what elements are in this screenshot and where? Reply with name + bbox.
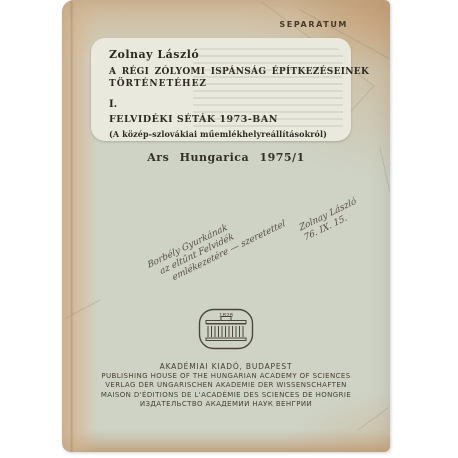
book-cover: SEPARATUM Zolnay László A RÉGI ZÓLYOMI I…	[62, 0, 390, 452]
imprint-block: AKADÉMIAI KIADÓ, BUDAPEST PUBLISHING HOU…	[62, 362, 390, 410]
title-label-panel: Zolnay László A RÉGI ZÓLYOMI ISPÁNSÁG ÉP…	[91, 38, 351, 141]
imprint-line: VERLAG DER UNGARISCHEN AKADEMIE DER WISS…	[62, 381, 390, 391]
separatum-stamp: SEPARATUM	[279, 20, 348, 29]
author-name: Zolnay László	[109, 48, 351, 61]
scanned-photo-background: SEPARATUM Zolnay László A RÉGI ZÓLYOMI I…	[0, 0, 458, 458]
series-title: FELVIDÉKI SÉTÁK 1973-BAN	[109, 114, 351, 125]
academy-publisher-emblem: 1828	[198, 308, 254, 350]
handwritten-dedication: Borbély Gyurkának az eltűnt Felvidék eml…	[147, 165, 362, 314]
imprint-line: MAISON D'ÉDITIONS DE L'ACADÉMIE DES SCIE…	[62, 391, 390, 401]
title-line-1: A RÉGI ZÓLYOMI ISPÁNSÁG ÉPÍTKEZÉSEINEK	[109, 67, 351, 77]
imprint-line: AKADÉMIAI KIADÓ, BUDAPEST	[62, 362, 390, 372]
imprint-line: PUBLISHING HOUSE OF THE HUNGARIAN ACADEM…	[62, 372, 390, 382]
series-subtitle: (A közép-szlovákiai műemlékhelyreállítás…	[109, 129, 351, 139]
title-line-2: TÖRTÉNETÉHEZ	[109, 79, 351, 89]
volume-numeral: I.	[109, 99, 351, 110]
academy-building-icon	[206, 317, 246, 341]
journal-issue-line: Ars Hungarica 1975/1	[62, 151, 390, 164]
imprint-line: ИЗДАТЕЛЬСТВО АКАДЕМИИ НАУК ВЕНГРИИ	[62, 400, 390, 410]
